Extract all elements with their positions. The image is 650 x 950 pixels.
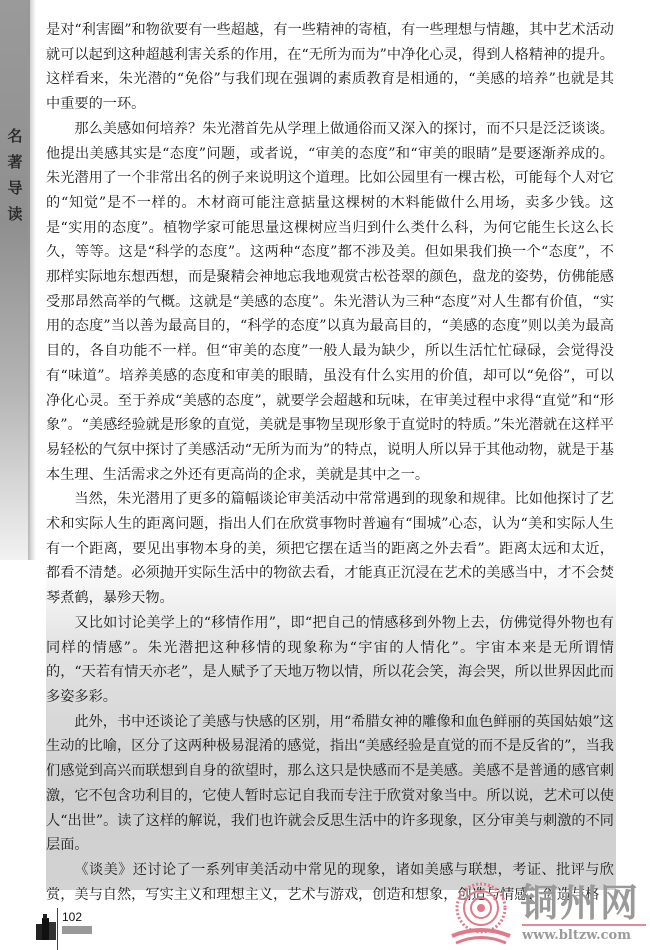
sidebar-title-char: 名	[7, 126, 22, 146]
paragraph: 是对“利害圈”和物欲要有一些超越，有一些精神的寄植，有一些理想与情趣，其中艺术活…	[46, 18, 614, 117]
paragraph: 此外，书中还谈论了美感与快感的区别，用“希腊女神的雕像和血色鲜丽的英国姑娘”这生…	[46, 710, 614, 858]
sidebar-title-char: 读	[7, 204, 22, 224]
page-number: 102	[62, 910, 82, 924]
body-text: 是对“利害圈”和物欲要有一些超越，有一些精神的寄植，有一些理想与情趣，其中艺术活…	[46, 18, 614, 907]
site-watermark: 铜州网 www.bltzw.com	[448, 880, 648, 946]
sidebar-title-char: 导	[7, 178, 22, 198]
paragraph: 又比如讨论美学上的“移情作用”，即“把自己的情感移到外物上去，仿佛觉得外物也有同…	[46, 611, 614, 710]
book-stack-icon	[34, 914, 58, 940]
watermark-url: www.bltzw.com	[522, 928, 631, 943]
watermark-underline	[522, 924, 646, 926]
paragraph: 那么美感如何培养？朱光潜首先从学理上做通俗而又深入的探讨，而不只是泛泛谈谈。他提…	[46, 117, 614, 488]
watermark-logo-icon	[448, 880, 514, 946]
sidebar-section-title: 名 著 导 读	[4, 126, 26, 224]
sidebar-title-char: 著	[7, 152, 22, 172]
page-tag	[62, 926, 92, 934]
paragraph: 当然，朱光潜用了更多的篇幅谈论审美活动中常常遇到的现象和规律。比如他探讨了艺术和…	[46, 487, 614, 611]
watermark-site-name: 铜州网	[520, 880, 640, 926]
footer-divider	[57, 908, 58, 950]
sidebar-band	[0, 0, 30, 560]
